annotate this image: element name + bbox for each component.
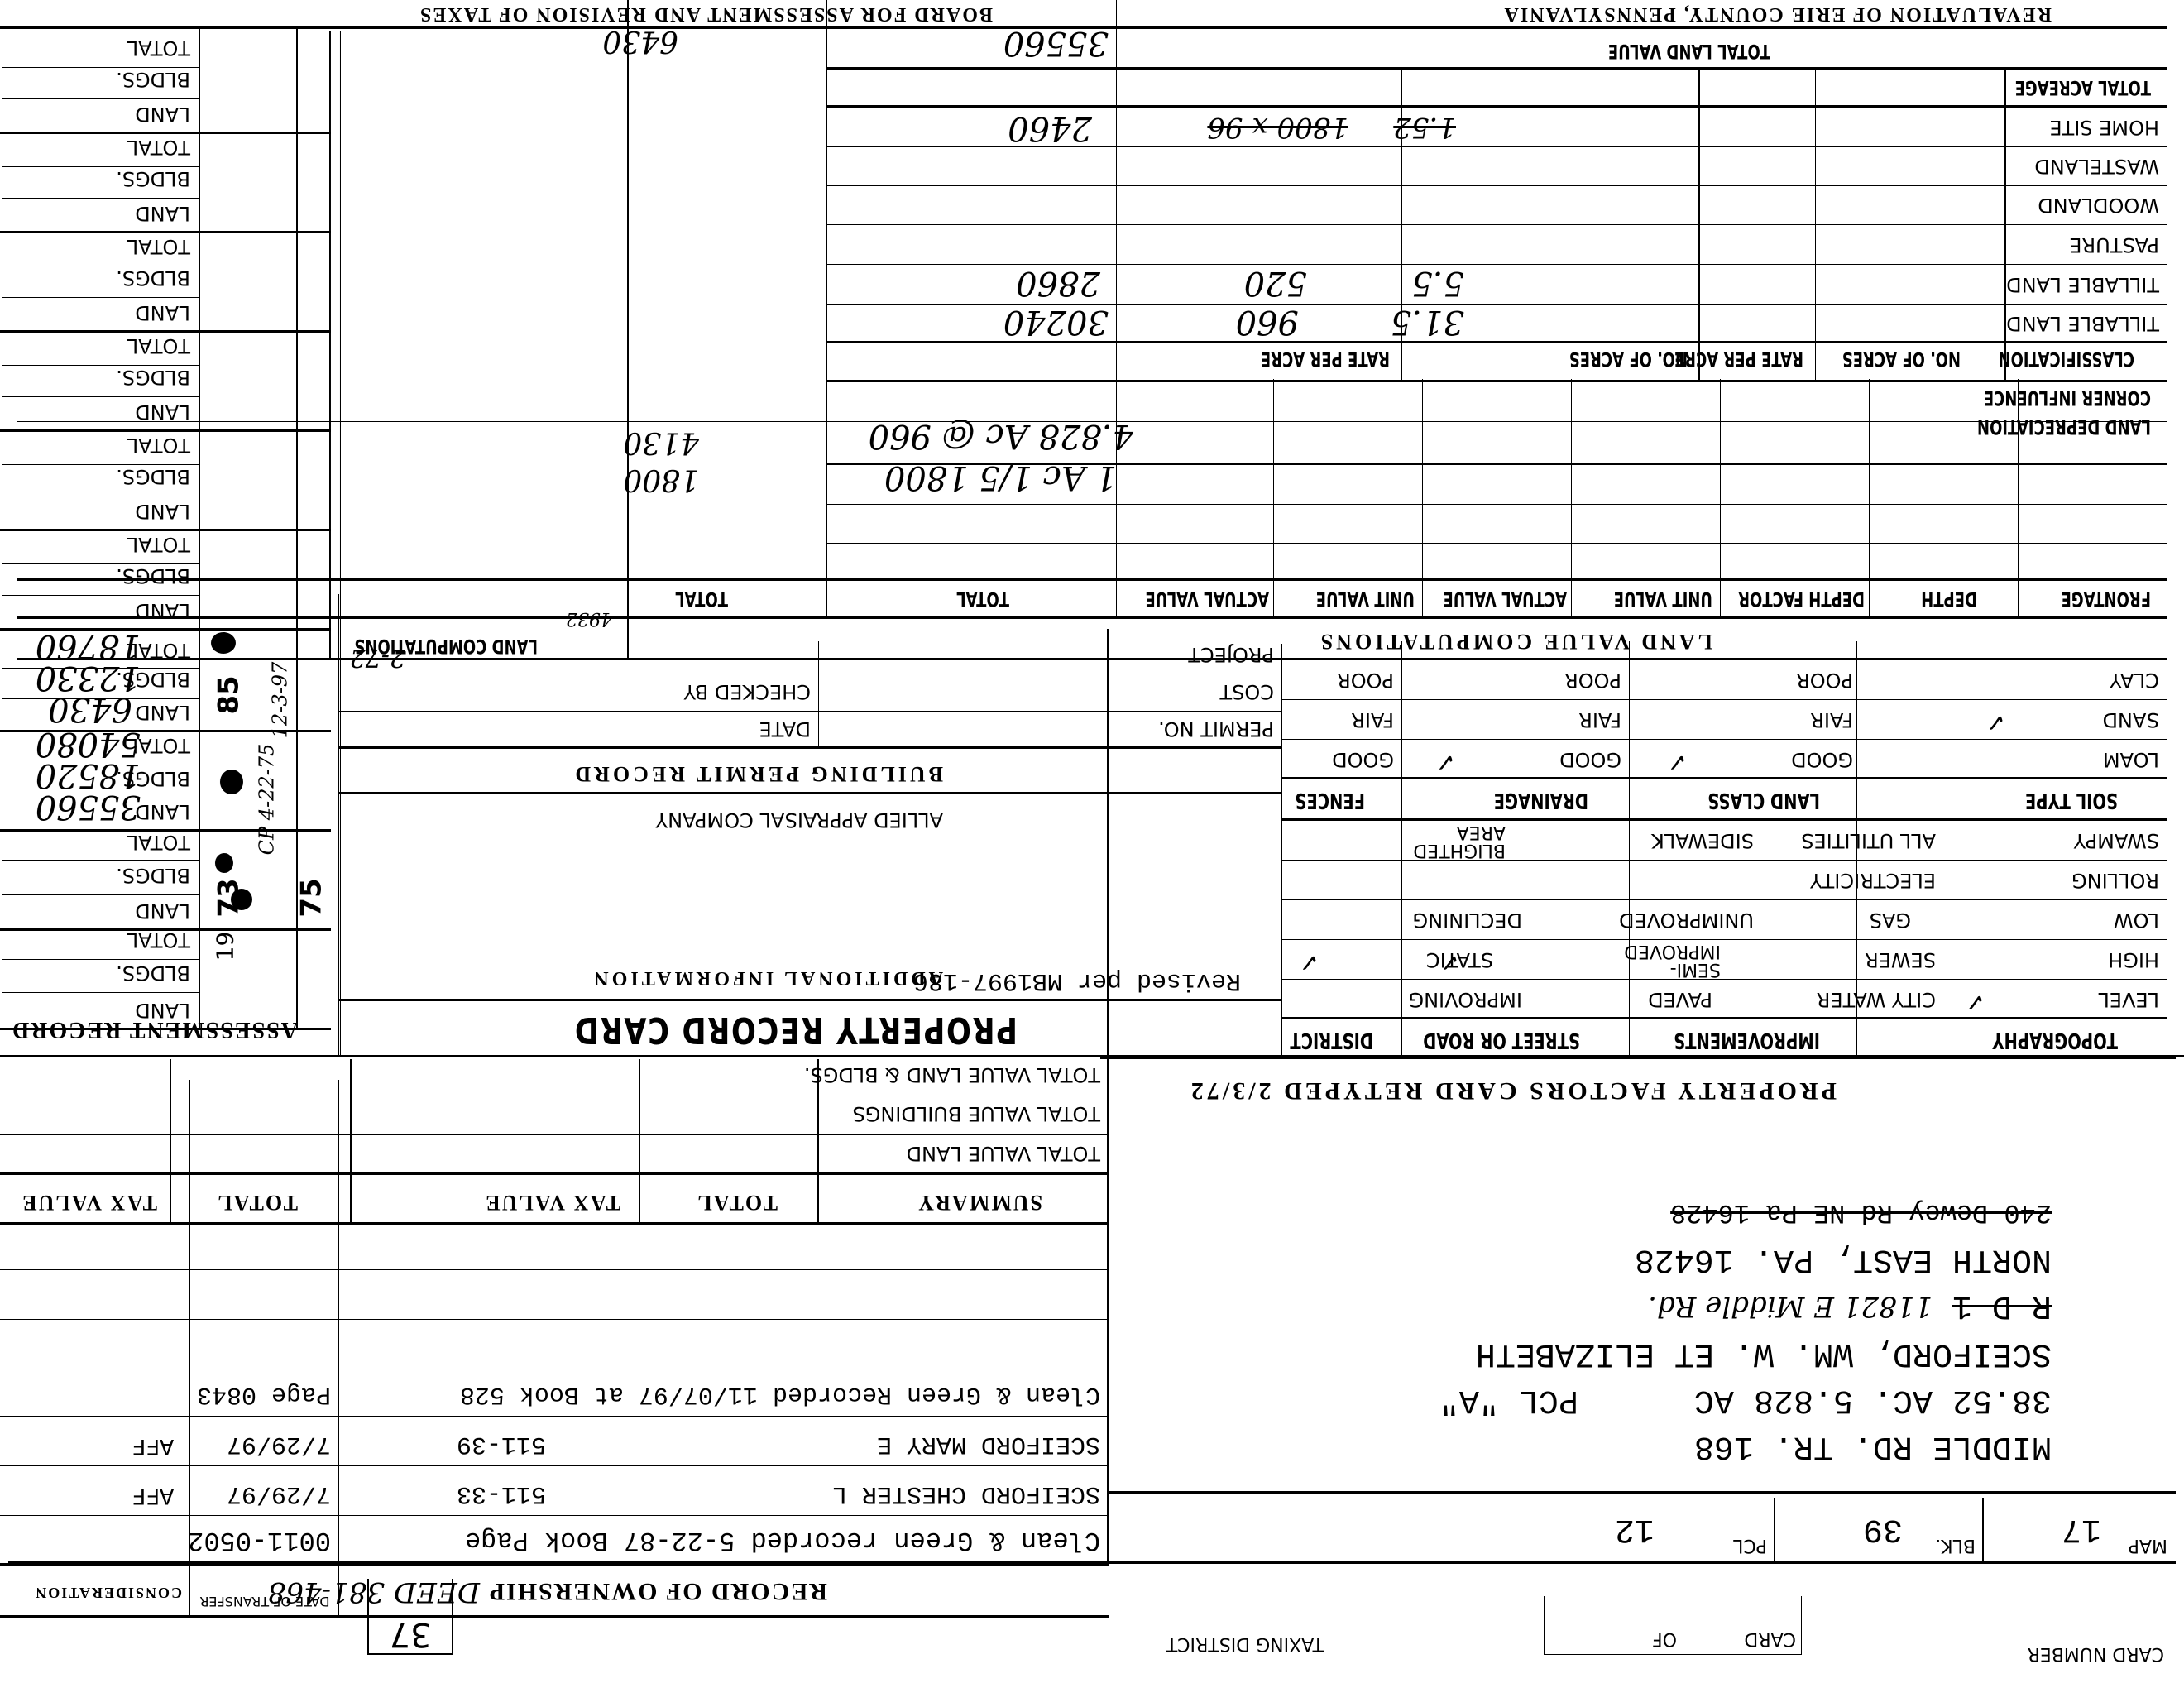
of-label: OF — [1652, 1628, 1677, 1649]
summary-tax-value-header: TAX VALUE — [484, 1190, 620, 1215]
pcl-label: PCL — [1733, 1535, 1767, 1556]
no-of-acres-header-2: NO. OF ACRES — [1569, 348, 1688, 371]
permit-no-label: PERMIT NO. — [1158, 717, 1274, 741]
rate-per-acre-header-2: RATE PER ACRE — [1261, 348, 1390, 371]
property-address: MIDDLE RD. TR. 168 38.52 AC. 5.828 ACPCL… — [1439, 1189, 2052, 1469]
assessment-total-label: TOTAL — [127, 334, 190, 357]
total-land-value: 35560 — [1003, 24, 1109, 62]
assessment-land-label: LAND — [135, 103, 190, 126]
checkmark-icon: ✓ — [1299, 947, 1319, 976]
lvc-col-total-2: TOTAL — [675, 587, 728, 611]
assessment-total-value: 54080 — [36, 725, 141, 763]
lvc-col-actual-value: ACTUAL VALUE — [1443, 587, 1567, 611]
pf-col-topography: TOPOGRAPHY — [1992, 1028, 2118, 1053]
summary-row-land: TOTAL VALUE LAND — [907, 1142, 1100, 1165]
property-record-card: CARD NUMBER CARD OF TAXING DISTRICT 37 M… — [0, 0, 2184, 1688]
corner-influence-label: CORNER INFLUENCE — [1984, 386, 2151, 410]
summary-total-header: TOTAL — [696, 1190, 778, 1215]
assessment-total-label: TOTAL — [127, 434, 190, 457]
land-depreciation-label: LAND DEPRECIATION — [1977, 415, 2151, 439]
address-line-city: NORTH EAST, PA. 16428 — [1439, 1235, 2052, 1282]
lvc-col-total: TOTAL — [956, 587, 1009, 611]
property-factors-title: PROPERTY FACTORS CARD RETYPED 2/3/72 — [1188, 1077, 1837, 1105]
assessment-bldgs-label: BLDGS. — [116, 366, 190, 389]
lvc-col-depth: DEPTH — [1921, 587, 1977, 611]
classification-label: CLASSIFICATION — [1998, 348, 2134, 371]
summary-total-header-2: TOTAL — [216, 1190, 298, 1215]
revaluation-title: REVALUATION OF ERIE COUNTY, PENNSYLVANIA — [1503, 2, 2052, 25]
card-label: CARD — [1744, 1628, 1796, 1649]
pf-col-street: STREET OR ROAD — [1423, 1028, 1580, 1053]
building-permit-title: BUILDING PERMIT RECORD — [572, 761, 943, 786]
assessment-total-label: TOTAL — [127, 136, 190, 159]
checkmark-icon: ✓ — [1985, 707, 2006, 736]
summary-title: SUMMARY — [917, 1190, 1042, 1215]
checkmark-icon: ✓ — [1435, 747, 1456, 776]
address-line-rd: R D 1 11821 E Middle Rd. — [1439, 1282, 2052, 1330]
summary-row-land-bldgs: TOTAL VALUE LAND & BLDGS. — [804, 1063, 1100, 1086]
total-land-value-label: TOTAL LAND VALUE — [1608, 40, 1770, 63]
lvc-col-frontage: FRONTAGE — [2062, 587, 2151, 611]
land-value-computations-title: LAND VALUE COMPUTATIONS — [1318, 629, 1712, 654]
assessment-total-label: TOTAL — [127, 235, 190, 258]
board-title: BOARD FOR ASSESSMENT AND REVISION OF TAX… — [419, 2, 993, 25]
card-of-box: CARD OF — [1544, 1596, 1802, 1655]
taxing-district-label: TAXING DISTRICT — [1233, 1633, 1324, 1653]
land-comp-note: 4130 — [623, 425, 699, 459]
pf-col-improvements: IMPROVEMENTS — [1674, 1028, 1820, 1053]
address-line-acreage: 38.52 AC. 5.828 ACPCL "A" — [1439, 1376, 2052, 1422]
pcl-value: 12 — [1615, 1510, 1655, 1547]
land-comp-note: 4932 — [566, 608, 612, 629]
blk-label: BLK. — [1935, 1535, 1976, 1556]
land-computations-label: LAND COMPUTATIONS — [354, 635, 538, 658]
additional-info-title: ADDITIONAL INFORMATION — [591, 966, 943, 989]
assessment-land-label: LAND — [135, 202, 190, 225]
assessment-bldgs-label: BLDGS. — [116, 564, 190, 587]
address-line-old: 240 Dewey Rd NE Pa 16428 — [1439, 1189, 2052, 1235]
date-of-transfer-header: DATE OF TRANSFER — [199, 1594, 331, 1609]
address-line-road: MIDDLE RD. TR. 168 — [1439, 1422, 2052, 1469]
additional-info-text: Revised per MB1997-186 — [913, 966, 1241, 995]
assessment-bldgs-label: BLDGS. — [116, 465, 190, 488]
assessment-total-label: TOTAL — [127, 36, 190, 60]
consideration-header: CONSIDERATION — [34, 1584, 182, 1601]
property-record-card-title: PROPERTY RECORD CARD — [573, 1009, 1018, 1051]
assessment-land-label: LAND — [135, 500, 190, 523]
soil-col-fences: FENCES — [1295, 788, 1365, 813]
assessment-land-label: LAND — [135, 400, 190, 424]
map-value: 17 — [2062, 1510, 2101, 1547]
assessment-bldgs-label: BLDGS. — [116, 68, 190, 91]
assessment-total-label: TOTAL — [127, 533, 190, 556]
assessment-land-label: LAND — [135, 301, 190, 324]
permit-cost-label: COST — [1219, 680, 1274, 703]
assessment-total-value: 18760 — [36, 627, 141, 665]
lvc-col-depth-factor: DEPTH FACTOR — [1738, 587, 1865, 611]
checked-by-label: CHECKED BY — [683, 680, 811, 703]
ink-blot-icon — [211, 632, 236, 654]
checkmark-icon: ✓ — [1965, 987, 1985, 1016]
ink-blot-icon — [220, 770, 243, 794]
land-depreciation-note-2: 4.828 Ac @ 960 — [869, 417, 1133, 455]
rate-per-acre-header: RATE PER ACRE — [1674, 348, 1803, 371]
soil-col-drainage: DRAINAGE — [1494, 788, 1588, 813]
lvc-col-actual-value-2: ACTUAL VALUE — [1145, 587, 1269, 611]
allied-appraisal: ALLIED APPRAISAL COMPANY — [656, 808, 944, 832]
no-of-acres-header: NO. OF ACRES — [1842, 348, 1961, 371]
assessment-bldgs-label: BLDGS. — [116, 167, 190, 190]
assessment-bldgs-label: BLDGS. — [116, 266, 190, 290]
ink-blot-icon — [215, 853, 233, 873]
lvc-col-unit-value-2: UNIT VALUE — [1316, 587, 1415, 611]
soil-col-land-class: LAND CLASS — [1707, 788, 1820, 813]
card-number-label: CARD NUMBER — [2028, 1643, 2164, 1663]
land-comp-note: 1800 — [623, 463, 699, 496]
project-label: PROJECT — [1188, 643, 1274, 666]
address-line-owner: SCEIFORD, WM. W. ET ELIZABETH — [1439, 1330, 2052, 1376]
ink-blot-icon — [231, 889, 252, 910]
map-label: MAP — [2129, 1535, 2167, 1556]
ownership-title: RECORD OF OWNERSHIP — [488, 1577, 827, 1605]
assessment-land-label: LAND — [135, 599, 190, 622]
blk-value: 39 — [1863, 1510, 1903, 1547]
land-comp-note: 6430 — [602, 24, 678, 58]
lvc-col-unit-value: UNIT VALUE — [1614, 587, 1712, 611]
permit-date-label: DATE — [759, 717, 811, 741]
summary-row-buildings: TOTAL VALUE BUILDINGS — [853, 1102, 1100, 1125]
pf-col-district: DISTRICT — [1290, 1028, 1373, 1053]
checkmark-icon: ✓ — [1667, 747, 1688, 776]
soil-col-type: SOIL TYPE — [2025, 788, 2118, 813]
summary-tax-value-header-2: TAX VALUE — [21, 1190, 157, 1215]
